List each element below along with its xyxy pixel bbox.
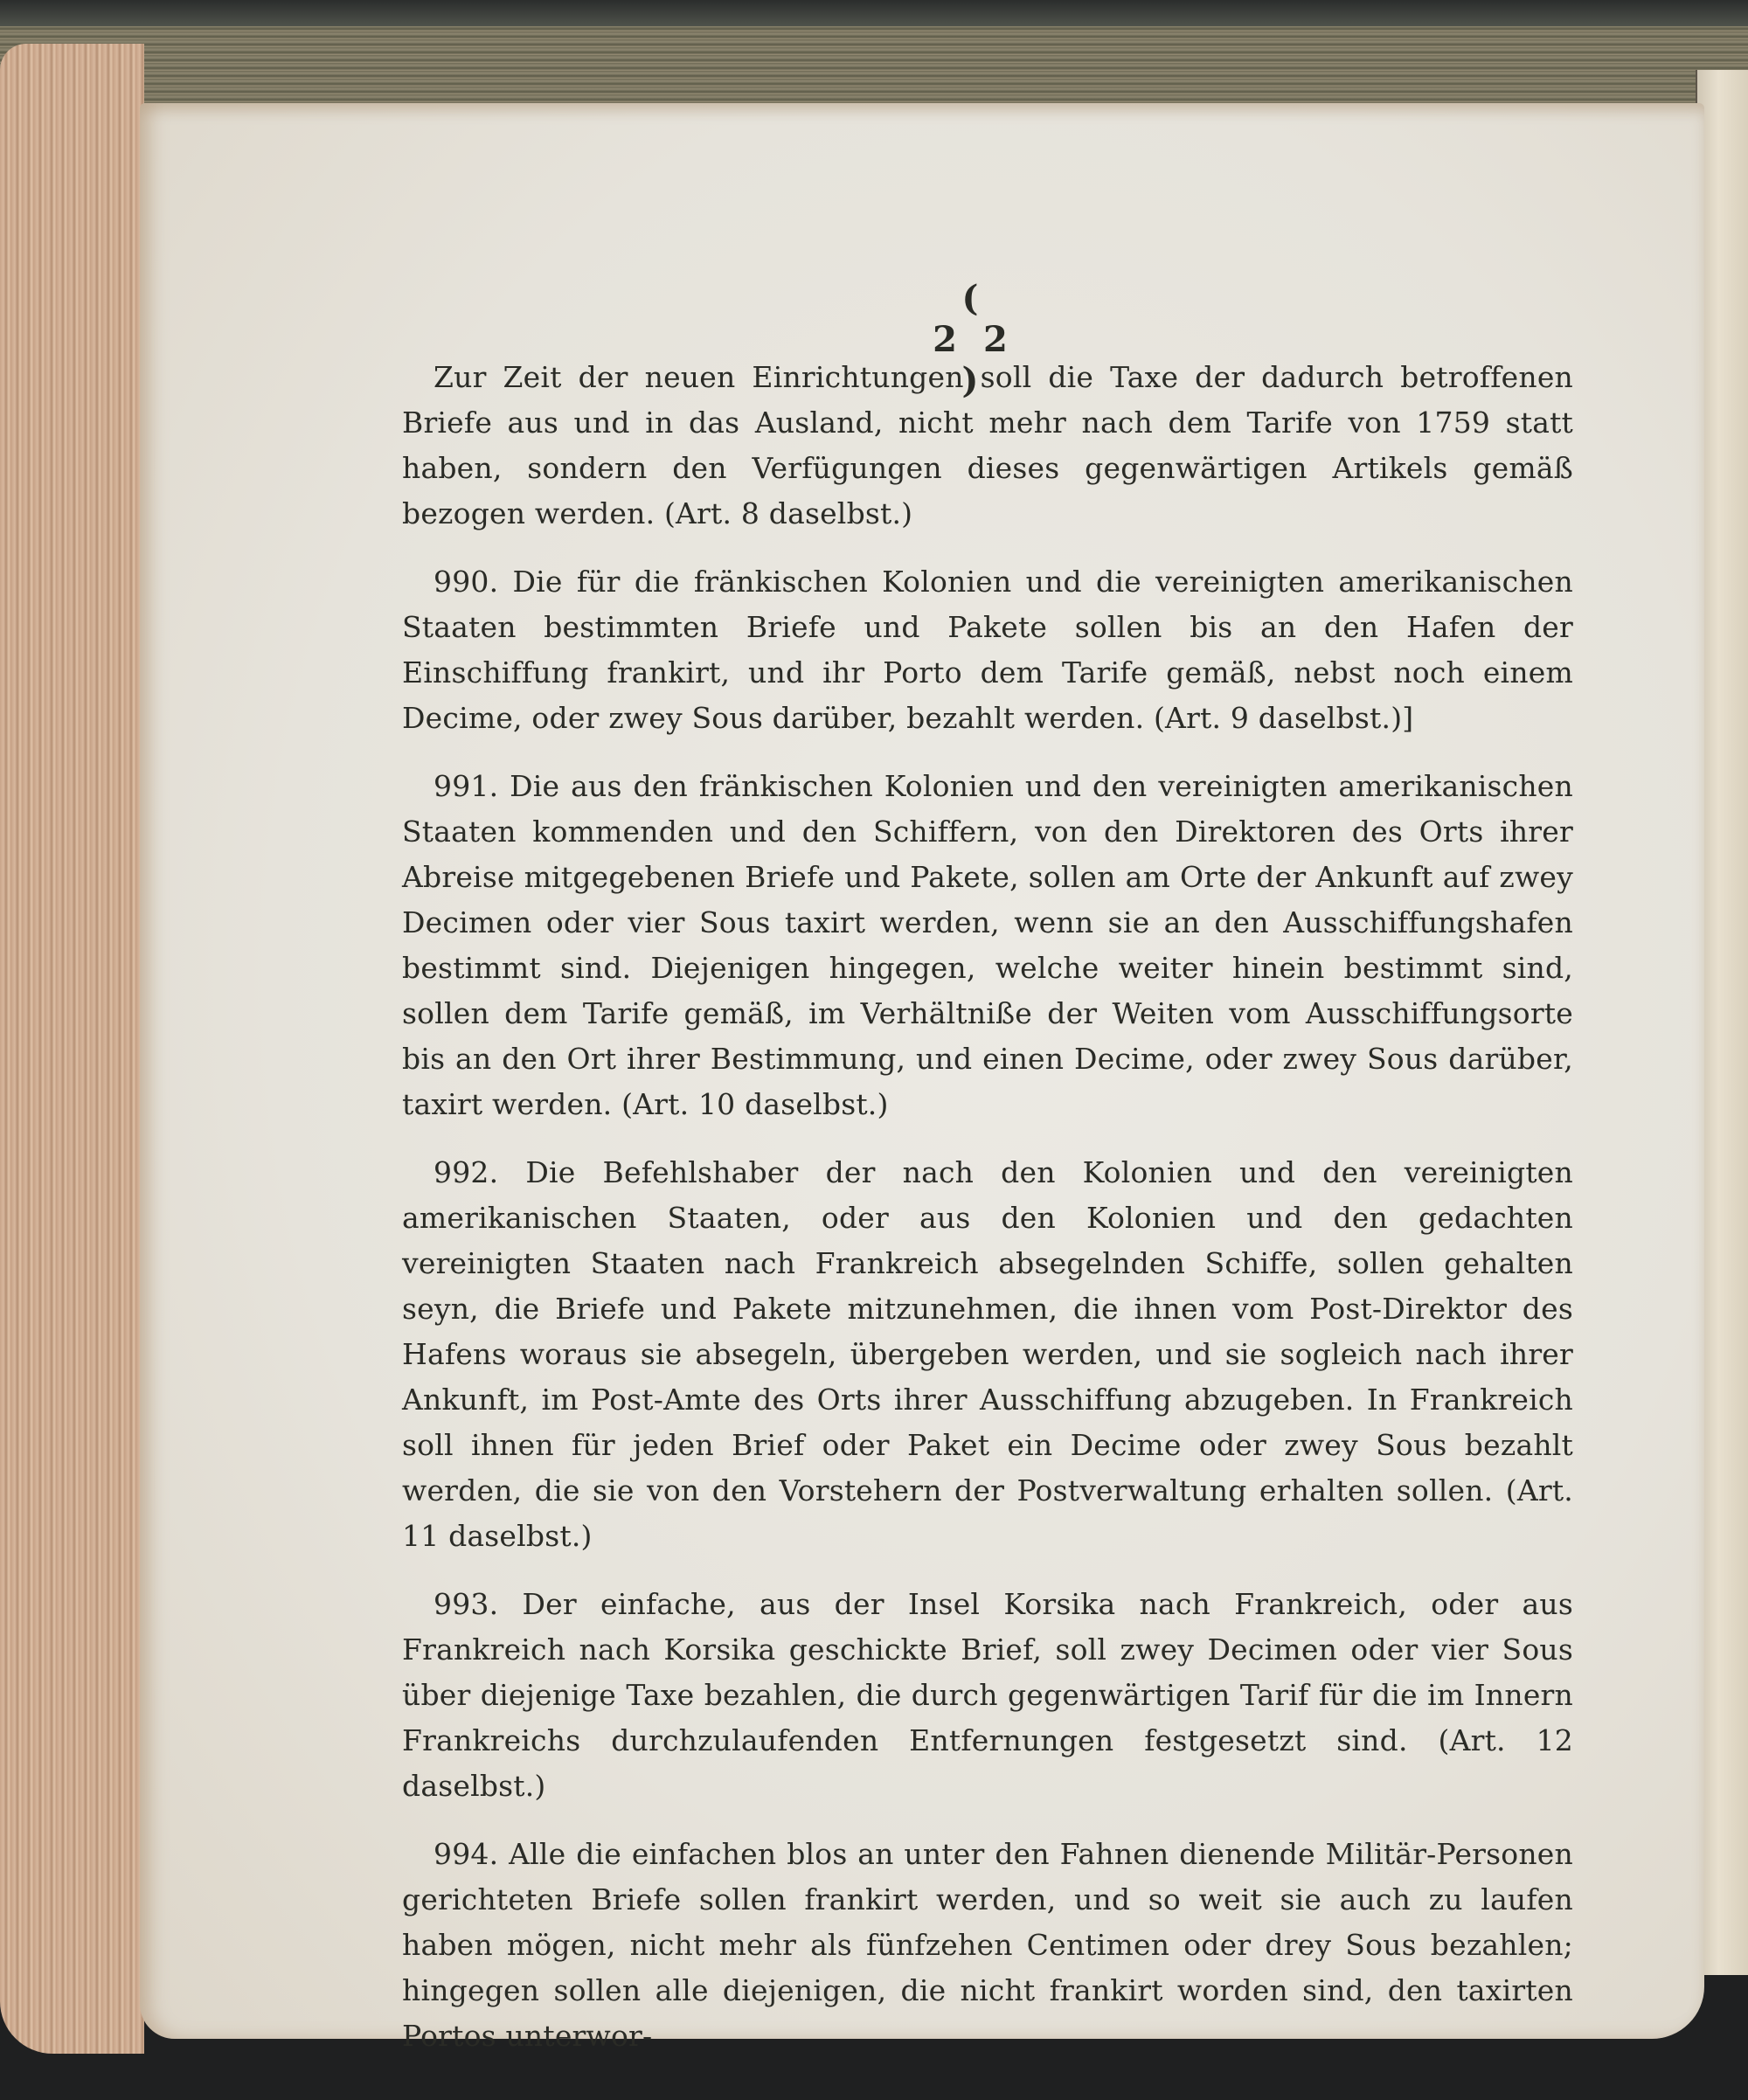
paragraph-number: 993. [434,1587,498,1621]
paragraph-994: 994. Alle die einfachen blos an unter de… [402,1832,1573,2059]
paragraph-990: 990. Die für die fränkischen Kolonien un… [402,559,1573,741]
paragraph-text: Zur Zeit der neuen Einrichtungen soll di… [402,360,1573,530]
paragraph-number: 994. [434,1837,498,1871]
paragraph-text: Die Befehlshaber der nach den Kolonien u… [402,1155,1573,1553]
paragraph-text: Der einfache, aus der Insel Korsika nach… [402,1587,1573,1803]
page-text: Zur Zeit der neuen Einrichtungen soll di… [402,278,1573,2082]
paragraph-number: 991. [434,769,498,803]
paragraph-number: 992. [434,1155,498,1189]
paragraph-text: Die für die fränkischen Kolonien und die… [402,565,1573,735]
page-stack-fore-edge [0,44,144,2054]
paragraph-number: 990. [434,565,498,599]
paragraph-text: Die aus den fränkischen Kolonien und den… [402,769,1573,1121]
paragraph-text: Alle die einfachen blos an unter den Fah… [402,1837,1573,2053]
paragraph-intro: Zur Zeit der neuen Einrichtungen soll di… [402,355,1573,537]
paragraph-993: 993. Der einfache, aus der Insel Korsika… [402,1582,1573,1809]
paragraph-992: 992. Die Befehlshaber der nach den Kolon… [402,1150,1573,1559]
book-cover-shadow [0,0,1748,26]
paragraph-991: 991. Die aus den fränkischen Kolonien un… [402,764,1573,1127]
